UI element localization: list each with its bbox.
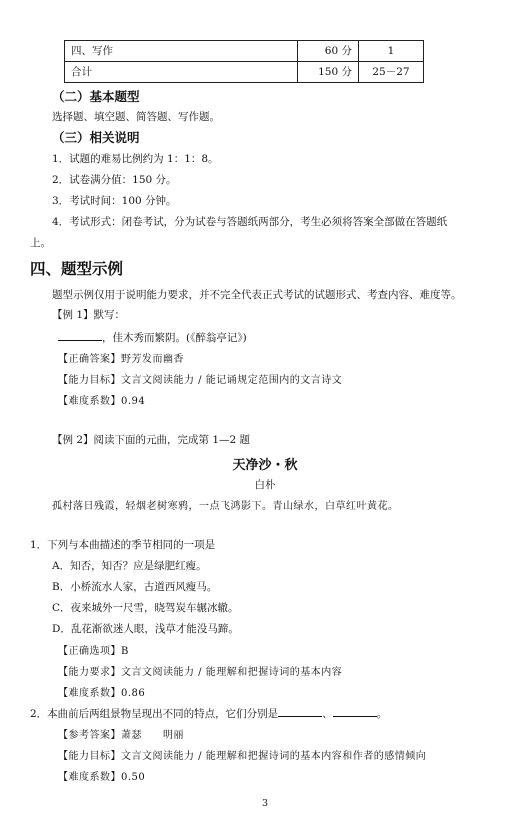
example1-label: 【例 1】默写： <box>52 307 125 322</box>
answer-value: 萧瑟 明丽 <box>121 730 184 741</box>
ability-label: 【能力要求】 <box>58 667 121 678</box>
table-row: 四、写作 60 分 1 <box>65 41 424 62</box>
section3-heading: （三）相关说明 <box>52 128 140 146</box>
table-cell-count: 1 <box>359 41 424 62</box>
q1-ability: 【能力要求】文言文阅读能力 / 能理解和把握诗词的基本内容 <box>58 663 342 678</box>
table-cell-score: 60 分 <box>298 41 359 62</box>
q1-answer: 【正确选项】B <box>58 642 129 657</box>
difficulty-label: 【难度系数】 <box>58 688 121 699</box>
q2-ability: 【能力目标】文言文阅读能力 / 能理解和把握诗词的基本内容和作者的感情倾向 <box>58 747 426 762</box>
q1-option-b: B．小桥流水人家，古道西风瘦马。 <box>52 579 217 594</box>
answer-value: 野芳发而幽香 <box>121 354 184 365</box>
difficulty-value: 0.86 <box>121 688 145 699</box>
q2-stem: 2．本曲前后两组景物呈现出不同的特点，它们分别是、。 <box>30 705 387 721</box>
example1-ability: 【能力目标】文言文阅读能力 / 能记诵规定范围内的文言诗文 <box>58 371 342 386</box>
table-cell-count: 25－27 <box>359 62 424 83</box>
ability-value: 文言文阅读能力 / 能记诵规定范围内的文言诗文 <box>121 375 342 386</box>
ability-value: 文言文阅读能力 / 能理解和把握诗词的基本内容和作者的感情倾向 <box>121 751 426 762</box>
q2-answer: 【参考答案】萧瑟 明丽 <box>58 726 184 741</box>
section3-item: 2．试卷满分值：150 分。 <box>52 172 177 187</box>
difficulty-label: 【难度系数】 <box>58 396 121 407</box>
section2-heading: （二）基本题型 <box>52 87 140 105</box>
part4-intro: 题型示例仅用于说明能力要求，并不完全代表正式考试的试题形式、考查内容、难度等。 <box>52 287 462 302</box>
example1-difficulty: 【难度系数】0.94 <box>58 392 145 407</box>
poem-author: 白朴 <box>0 477 530 492</box>
q1-option-c: C．夜来城外一尺雪，晓驾炭车辗冰辙。 <box>52 600 239 615</box>
difficulty-value: 0.50 <box>121 772 145 783</box>
period: 。 <box>377 708 388 720</box>
difficulty-value: 0.94 <box>121 396 145 407</box>
q1-stem: 1．下列与本曲描述的季节相同的一项是 <box>30 537 215 552</box>
poem-title: 天净沙・秋 <box>0 454 530 473</box>
example1-answer: 【正确答案】野芳发而幽香 <box>58 350 184 365</box>
q2-stem-text: 2．本曲前后两组景物呈现出不同的特点，它们分别是 <box>30 708 278 720</box>
ability-label: 【能力目标】 <box>58 751 121 762</box>
ability-label: 【能力目标】 <box>58 375 121 386</box>
q1-difficulty: 【难度系数】0.86 <box>58 684 145 699</box>
example1-prompt-text: ，佳木秀而繁阴。(《醉翁亭记》) <box>102 332 247 344</box>
answer-label: 【正确答案】 <box>58 354 121 365</box>
answer-blank <box>278 705 322 717</box>
example2-label: 【例 2】阅读下面的元曲，完成第 1—2 题 <box>52 432 250 447</box>
separator: 、 <box>322 708 333 720</box>
part4-heading: 四、题型示例 <box>30 257 123 279</box>
section2-body: 选择题、填空题、简答题、写作题。 <box>52 109 220 124</box>
section3-item: 1．试题的难易比例约为 1：1：8。 <box>52 151 219 166</box>
difficulty-label: 【难度系数】 <box>58 772 121 783</box>
answer-blank <box>333 705 377 717</box>
table-cell-score: 150 分 <box>298 62 359 83</box>
example1-prompt: ，佳木秀而繁阴。(《醉翁亭记》) <box>58 329 247 345</box>
answer-blank <box>58 329 102 341</box>
table-cell-section: 四、写作 <box>65 41 298 62</box>
table-row: 合计 150 分 25－27 <box>65 62 424 83</box>
q1-option-d: D．乱花渐欲迷人眼，浅草才能没马蹄。 <box>52 621 239 636</box>
q1-option-a: A．知否，知否？应是绿肥红瘦。 <box>52 558 207 573</box>
poem-text: 孤村落日残霞，轻烟老树寒鸦，一点飞鸿影下。青山绿水，白草红叶黄花。 <box>52 497 399 512</box>
section3-item: 4．考试形式：闭卷考试，分为试卷与答题纸两部分，考生必须将答案全部做在答题纸 <box>52 214 447 229</box>
section3-item: 3．考试时间：100 分钟。 <box>52 193 177 208</box>
answer-label: 【正确选项】 <box>58 646 121 657</box>
q2-difficulty: 【难度系数】0.50 <box>58 768 145 783</box>
score-table: 四、写作 60 分 1 合计 150 分 25－27 <box>64 40 424 83</box>
page-number: 3 <box>0 798 530 809</box>
section3-item-continuation: 上。 <box>30 235 51 250</box>
answer-label: 【参考答案】 <box>58 730 121 741</box>
answer-value: B <box>121 646 129 657</box>
ability-value: 文言文阅读能力 / 能理解和把握诗词的基本内容 <box>121 667 342 678</box>
table-cell-section: 合计 <box>65 62 298 83</box>
